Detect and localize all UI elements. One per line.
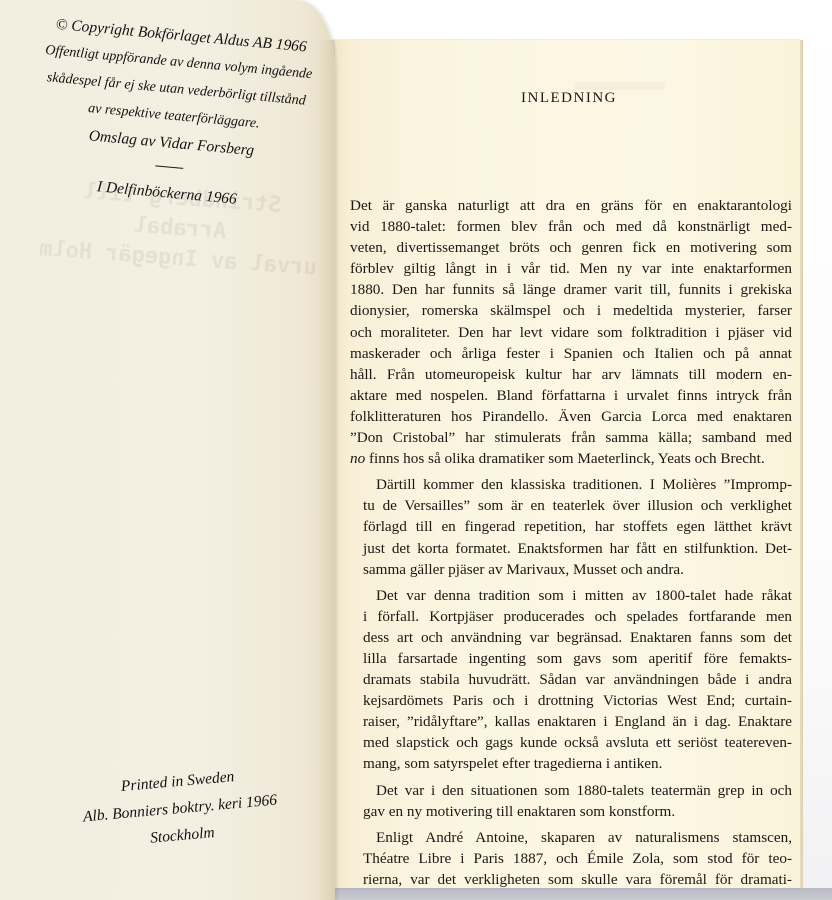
- text-line: samma gäller pjäser av Marivaux, Musset …: [350, 559, 792, 580]
- text-line-rest: finns hos så olika dramatiker som Maeter…: [369, 450, 765, 467]
- paragraph-3: Det var denna tradition som i mitten av …: [350, 585, 792, 775]
- text-line: tu de Versailles” som är en teaterlek öv…: [350, 495, 792, 516]
- italic-word: no: [350, 450, 365, 467]
- text-line: förlagd till en fingerad repetition, har…: [350, 516, 792, 537]
- text-line: i förfall. Kortpjäser producerades och s…: [350, 606, 792, 627]
- text-line: vid 1880-talet: formen blev från och med…: [350, 216, 792, 237]
- text-line: Det var i den situationen som 1880-talet…: [350, 780, 792, 801]
- gutter-shadow: [317, 40, 335, 900]
- chapter-title: INLEDNING: [330, 90, 800, 107]
- paragraph-2: Därtill kommer den klassiska traditionen…: [350, 474, 792, 579]
- text-line: Det är ganska naturligt att dra en gräns…: [350, 195, 792, 216]
- bleed-through-running-head: [575, 82, 665, 90]
- text-line: gav en ny motivering till enaktaren som …: [350, 801, 792, 822]
- right-page: INLEDNING Det är ganska naturligt att dr…: [330, 40, 800, 888]
- text-line: aktare med nospelen. Bland författarna i…: [350, 385, 792, 406]
- text-line: mang, som satyrspelet efter tragedierna …: [350, 753, 792, 774]
- text-line: rierna, var det verkligheten som skulle …: [350, 869, 792, 890]
- printer-imprint: Printed in Sweden Alb. Bonniers boktry. …: [67, 759, 293, 859]
- text-line: dess art och användning var begränsad. E…: [350, 627, 792, 648]
- text-line: folklitteraturen hos Pirandello. Även Ga…: [350, 406, 792, 427]
- text-line: just det korta formatet. Enaktsformen ha…: [350, 538, 792, 559]
- paragraph-1: Det är ganska naturligt att dra en gräns…: [350, 195, 792, 469]
- text-line: lilla farsartade ingenting som gavs som …: [350, 648, 792, 669]
- text-line: ”Don Cristobal” har stimulerats från sam…: [350, 427, 792, 448]
- text-line: Därtill kommer den klassiska traditionen…: [350, 474, 792, 495]
- paragraph-4: Det var i den situationen som 1880-talet…: [350, 780, 792, 822]
- text-line: Enligt André Antoine, skaparen av natura…: [350, 827, 792, 848]
- divider-rule: [155, 165, 183, 169]
- text-line: 1880. Den har funnits så länge dramer va…: [350, 279, 792, 300]
- text-line: dramats stabila huvudrätt. Sådan var anv…: [350, 669, 792, 690]
- text-line: Det var denna tradition som i mitten av …: [350, 585, 792, 606]
- text-line: Théatre Libre i Paris 1887, och Émile Zo…: [350, 848, 792, 869]
- text-line: dionysier, romerska skälmspel och i mede…: [350, 300, 792, 321]
- body-text: Det är ganska naturligt att dra en gräns…: [350, 195, 792, 890]
- text-line: maskerader och årliga fester i Spanien o…: [350, 343, 792, 364]
- text-line: no finns hos så olika dramatiker som Mae…: [350, 448, 792, 469]
- text-line: kejsardömets Paris och i drottning Victo…: [350, 690, 792, 711]
- text-line: raiser, ”ridålyftare”, kallas enaktaren …: [350, 711, 792, 732]
- text-line: med slapstick och gags kunde också avslu…: [350, 732, 792, 753]
- bleed-through-title: Strindberg till Arrabal urval av Ingegär…: [37, 174, 323, 283]
- text-line: håll. Från utomeuropeisk kultur har arv …: [350, 364, 792, 385]
- paragraph-5: Enligt André Antoine, skaparen av natura…: [350, 827, 792, 890]
- text-line: veten, divertissemanget bröts och genren…: [350, 237, 792, 258]
- text-line: och moraliteter. Den har levt vidare som…: [350, 322, 792, 343]
- page-edge: [800, 40, 803, 888]
- left-page: © Copyright Bokförlaget Aldus AB 1966 Of…: [0, 0, 335, 900]
- text-line: förblev giltig långt in i vår tid. Men n…: [350, 258, 792, 279]
